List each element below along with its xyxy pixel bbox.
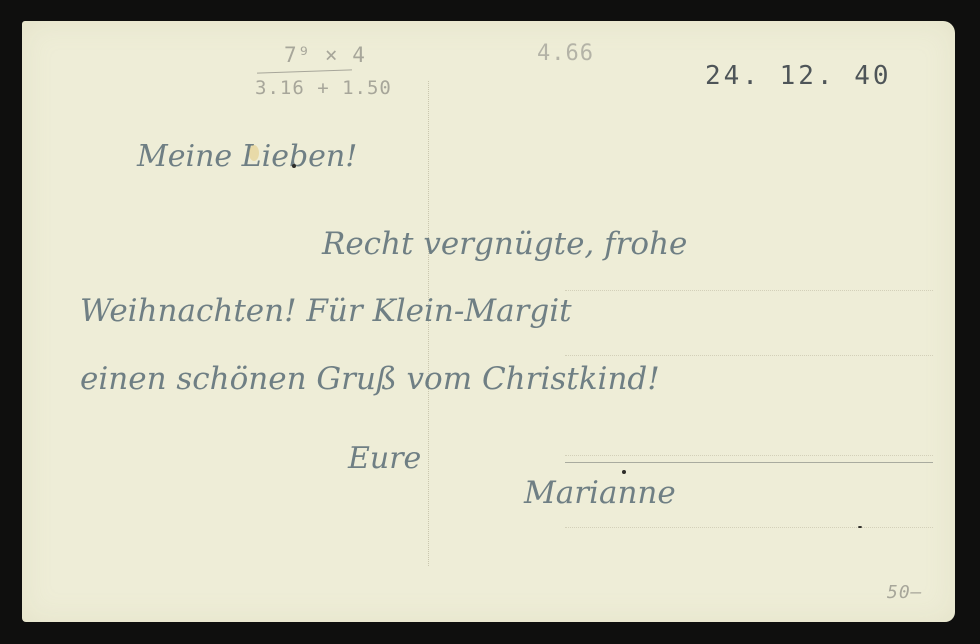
- address-line-2: [565, 355, 933, 356]
- paper-stain: [249, 145, 259, 161]
- handwritten-date: 24. 12. 40: [705, 61, 892, 91]
- message-line-1: Recht vergnügte, frohe: [322, 226, 687, 262]
- closing: Eure: [348, 441, 421, 476]
- pencil-total: 4.66: [537, 41, 594, 66]
- address-line-3-underline: [565, 462, 933, 463]
- pencil-calculation-top: 7⁹ × 4: [284, 43, 366, 67]
- salutation: Meine Lieben!: [137, 139, 357, 174]
- postcard: 7⁹ × 4 3.16 + 1.50 4.66 50– 24. 12. 40 M…: [22, 21, 955, 622]
- address-line-1: [565, 290, 933, 291]
- paper-speck: [622, 470, 626, 474]
- paper-speck: [858, 526, 862, 528]
- pencil-calculation-bottom: 3.16 + 1.50: [255, 77, 392, 99]
- address-line-4: [565, 527, 933, 528]
- message-line-2: Weihnachten! Für Klein-Margit: [80, 293, 572, 329]
- signature: Marianne: [524, 475, 676, 511]
- address-line-3: [565, 455, 933, 456]
- pencil-price-mark: 50–: [887, 582, 923, 603]
- message-line-3: einen schönen Gruß vom Christkind!: [80, 361, 660, 397]
- pencil-fraction-bar: [257, 69, 352, 73]
- paper-speck: [292, 164, 296, 168]
